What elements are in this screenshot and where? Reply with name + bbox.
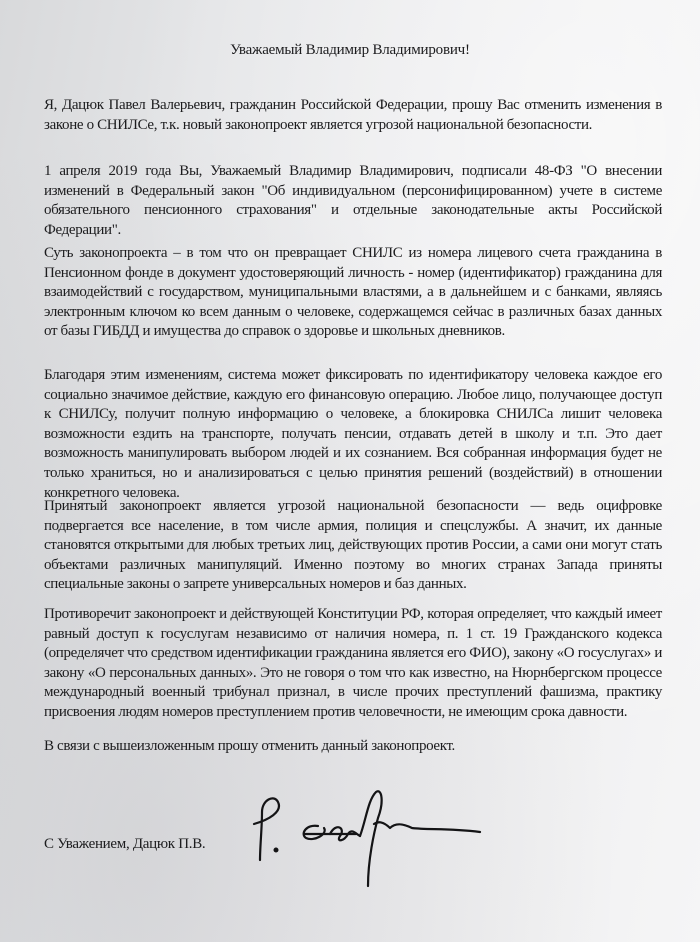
paragraph-conclusion: В связи с вышеизложенным прошу отменить …: [44, 737, 662, 757]
paragraph-security-threat: Принятый законопроект является угрозой н…: [44, 497, 662, 595]
letter-greeting: Уважаемый Владимир Владимирович!: [0, 42, 700, 59]
paragraph-constitution: Противоречит законопроект и действующей …: [44, 605, 662, 723]
handwritten-signature-icon: [248, 790, 488, 900]
letter-page: Уважаемый Владимир Владимирович! Я, Дацю…: [0, 0, 700, 942]
paragraph-law-essence: Суть законопроекта – в том что он превра…: [44, 244, 662, 342]
paragraph-tracking: Благодаря этим изменениям, система может…: [44, 366, 662, 503]
paragraph-request: Я, Дацюк Павел Валерьевич, гражданин Рос…: [44, 96, 662, 135]
paragraph-law-signed: 1 апреля 2019 года Вы, Уважаемый Владими…: [44, 162, 662, 240]
closing-line: С Уважением, Дацюк П.В.: [44, 836, 205, 853]
